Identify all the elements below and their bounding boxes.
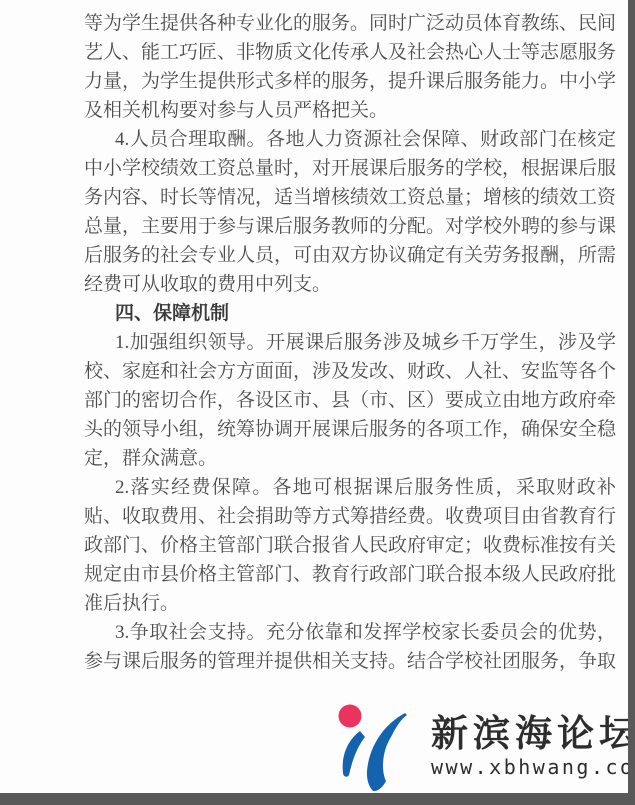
site-url: www.xbhwang.com (431, 755, 635, 779)
paragraph-item-2: 2.落实经费保障。各地可根据课后服务性质，采取财政补贴、收取费用、社会捐助等方式… (84, 473, 616, 618)
site-watermark: 新滨海论坛 www.xbhwang.com (331, 699, 635, 791)
scan-edge-bottom (0, 793, 635, 805)
site-name: 新滨海论坛 (431, 713, 635, 755)
scanned-document-page: 等为学生提供各种专业化的服务。同时广泛动员体育教练、民间艺人、能工巧匠、非物质文… (0, 0, 635, 805)
forum-logo-icon (331, 699, 427, 791)
paragraph-item-1: 1.加强组织领导。开展课后服务涉及城乡千万学生，涉及学校、家庭和社会方方面面，涉… (84, 328, 616, 473)
paragraph-item-3: 3.争取社会支持。充分依靠和发挥学校家长委员会的优势，参与课后服务的管理并提供相… (84, 618, 616, 676)
logo-big-swoosh (367, 713, 407, 791)
scan-edge-right (628, 0, 635, 805)
section-heading: 四、保障机制 (84, 299, 616, 328)
logo-small-swoosh (343, 731, 365, 777)
document-body: 等为学生提供各种专业化的服务。同时广泛动员体育教练、民间艺人、能工巧匠、非物质文… (84, 9, 616, 676)
logo-text-block: 新滨海论坛 www.xbhwang.com (431, 713, 635, 779)
paragraph-item-4: 4.人员合理取酬。各地人力资源社会保障、财政部门在核定中小学校绩效工资总量时，对… (84, 125, 616, 299)
paragraph-continuation: 等为学生提供各种专业化的服务。同时广泛动员体育教练、民间艺人、能工巧匠、非物质文… (84, 9, 616, 125)
logo-red-dot (339, 705, 362, 728)
